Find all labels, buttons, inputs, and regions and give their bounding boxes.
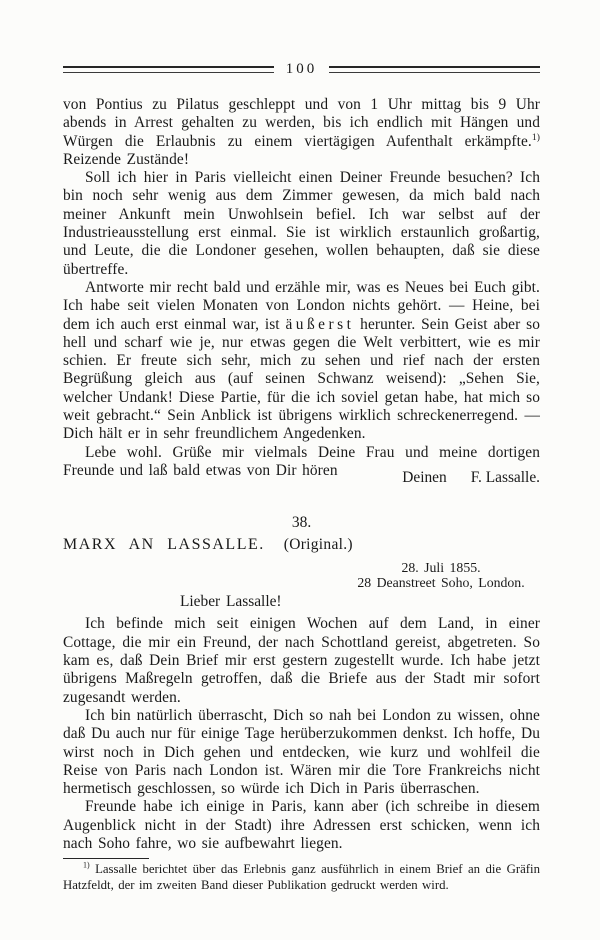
paragraph-text: von Pontius zu Pilatus geschleppt und vo… [63, 96, 540, 150]
paragraph-text: Reizende Zustände! [63, 151, 189, 168]
emphasized-word: äußerst [285, 316, 354, 333]
paragraph-cottage: Ich befinde mich seit einigen Wochen auf… [63, 615, 540, 706]
letter-38: 38. MARX AN LASSALLE. (Original.) 28. Ju… [63, 514, 540, 854]
salutation: Lieber Lassalle! [180, 593, 540, 611]
footnote-reference: 1) [532, 131, 540, 142]
header-rule-left [63, 66, 274, 73]
book-page: 100 von Pontius zu Pilatus geschleppt un… [0, 0, 600, 940]
footnote-body: Lassalle berichtet über das Erlebnis gan… [63, 862, 540, 892]
letter-address: 28 Deanstreet Soho, London. [348, 575, 534, 590]
signature-name: F. Lassalle. [471, 469, 540, 487]
letter-heading-note: (Original.) [284, 536, 353, 553]
footnote-area: 1) Lassalle berichtet über das Erlebnis … [63, 858, 540, 894]
letter-heading: MARX AN LASSALLE. (Original.) [63, 535, 540, 555]
letter-heading-title: MARX AN LASSALLE. [63, 536, 265, 553]
letter-date: 28. Juli 1855. [348, 560, 534, 575]
paragraph-paris-freunde: Soll ich hier in Paris vielleicht einen … [63, 169, 540, 279]
header-rule-right [329, 66, 540, 73]
paragraph-adressen: Freunde habe ich einige in Paris, kann a… [63, 798, 540, 853]
paragraph-london-reise: Ich bin natürlich überrascht, Dich so na… [63, 707, 540, 798]
signature-closing: Deinen [402, 469, 446, 487]
footnote-marker: 1) [83, 861, 90, 870]
paragraph-heine: Antworte mir recht bald und erzähle mir,… [63, 279, 540, 444]
footnote-separator-rule [63, 858, 149, 859]
letter-number: 38. [63, 514, 540, 532]
dateline-block: 28. Juli 1855. 28 Deanstreet Soho, Londo… [348, 560, 534, 591]
running-head: 100 [63, 62, 540, 77]
letter-37-continuation: von Pontius zu Pilatus geschleppt und vo… [63, 96, 540, 488]
paragraph-text: herunter. Sein Geist aber so hell und sc… [63, 316, 540, 443]
paragraph-arrest: von Pontius zu Pilatus geschleppt und vo… [63, 96, 540, 169]
footnote-text: 1) Lassalle berichtet über das Erlebnis … [63, 862, 540, 894]
page-number: 100 [283, 62, 321, 77]
